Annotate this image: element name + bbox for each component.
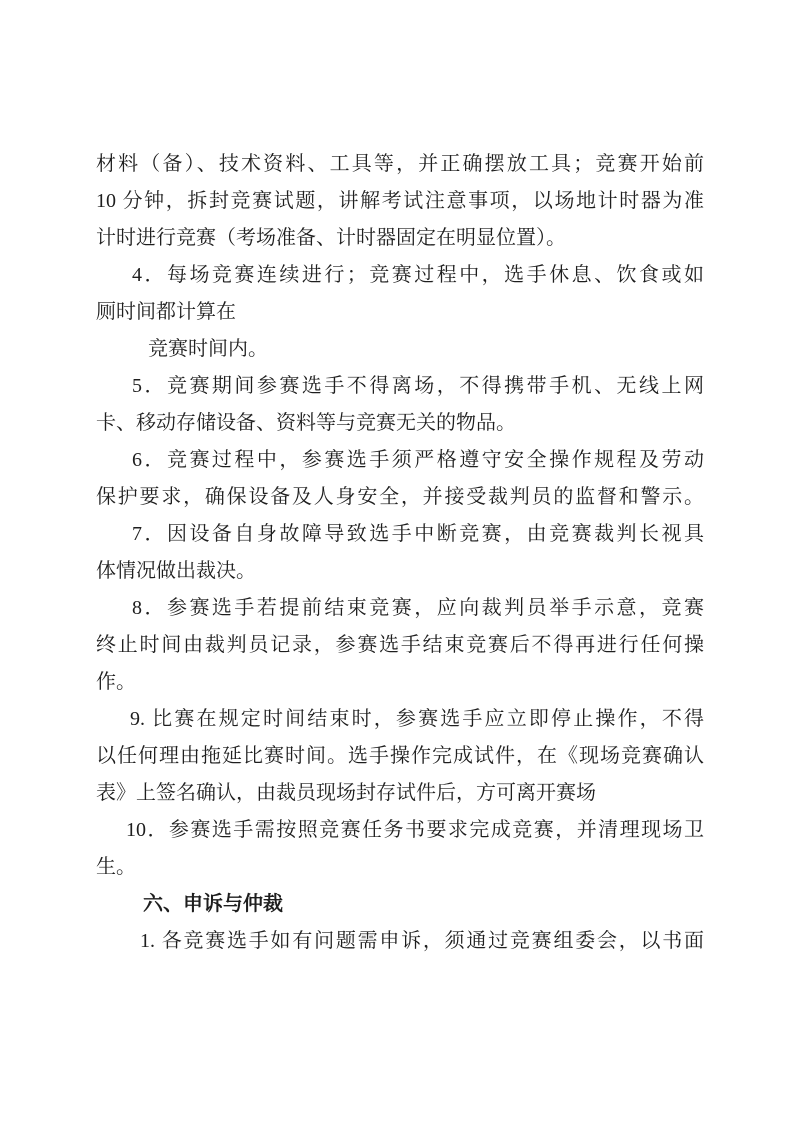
- text-line: 6．竞赛过程中，参赛选手须严格遵守安全操作规程及劳动: [96, 442, 704, 479]
- text-line: 计时进行竞赛（考场准备、计时器固定在明显位置）。: [96, 220, 704, 257]
- text-line: 终止时间由裁判员记录，参赛选手结束竞赛后不得再进行任何操: [96, 627, 704, 664]
- text-line: 10 分钟，拆封竞赛试题，讲解考试注意事项，以场地计时器为准: [96, 183, 704, 220]
- text-line: 10．参赛选手需按照竞赛任务书要求完成竞赛，并清理现场卫: [96, 812, 704, 849]
- text-line: 材料（备）、技术资料、工具等，并正确摆放工具；竞赛开始前: [96, 146, 704, 183]
- document-text-block: 材料（备）、技术资料、工具等，并正确摆放工具；竞赛开始前10 分钟，拆封竞赛试题…: [96, 146, 704, 960]
- text-line: 生。: [96, 849, 704, 886]
- text-line: 竞赛时间内。: [96, 331, 704, 368]
- text-line: 作。: [96, 664, 704, 701]
- text-line: 1. 各竞赛选手如有问题需申诉，须通过竞赛组委会，以书面: [96, 923, 704, 960]
- text-line: 体情况做出裁决。: [96, 553, 704, 590]
- text-line: 保护要求，确保设备及人身安全，并接受裁判员的监督和警示。: [96, 479, 704, 516]
- text-line: 8．参赛选手若提前结束竞赛，应向裁判员举手示意，竞赛: [96, 590, 704, 627]
- text-line: 厕时间都计算在: [96, 294, 704, 331]
- text-line: 4．每场竞赛连续进行；竞赛过程中，选手休息、饮食或如: [96, 257, 704, 294]
- text-line: 表》上签名确认，由裁员现场封存试件后，方可离开赛场: [96, 775, 704, 812]
- text-line: 7．因设备自身故障导致选手中断竞赛，由竞赛裁判长视具: [96, 516, 704, 553]
- text-line: 9. 比赛在规定时间结束时，参赛选手应立即停止操作，不得: [96, 701, 704, 738]
- text-line: 卡、移动存储设备、资料等与竞赛无关的物品。: [96, 405, 704, 442]
- section-heading: 六、申诉与仲裁: [96, 886, 704, 923]
- text-line: 5．竞赛期间参赛选手不得离场，不得携带手机、无线上网: [96, 368, 704, 405]
- text-line: 以任何理由拖延比赛时间。选手操作完成试件，在《现场竞赛确认: [96, 738, 704, 775]
- document-page: 材料（备）、技术资料、工具等，并正确摆放工具；竞赛开始前10 分钟，拆封竞赛试题…: [0, 0, 794, 1122]
